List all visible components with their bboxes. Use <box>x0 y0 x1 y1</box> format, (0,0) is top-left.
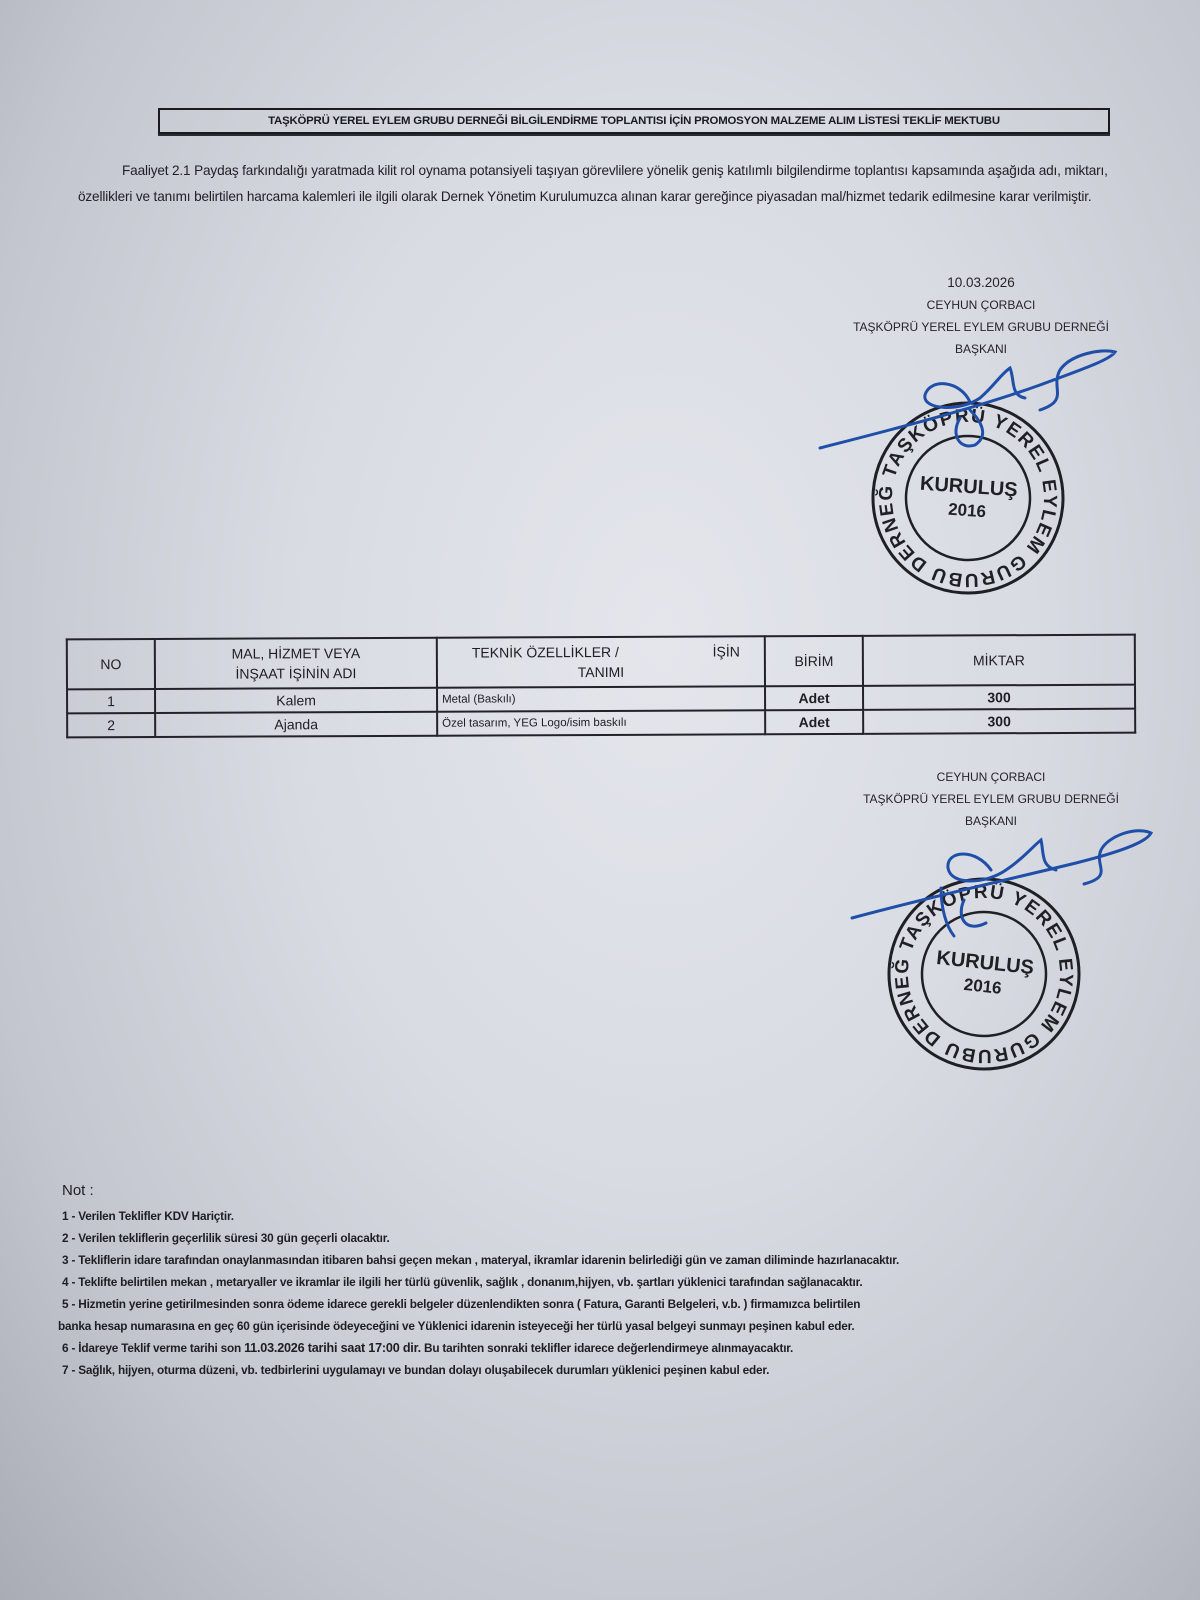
row-no: 1 <box>67 689 155 713</box>
row-spec: Metal (Baskılı) <box>437 686 765 711</box>
note-item: 5 - Hizmetin yerine getirilmesinden sonr… <box>62 1293 1162 1315</box>
signatory-name: CEYHUN ÇORBACI <box>846 294 1116 316</box>
note-item: 4 - Teklifte belirtilen mekan , metaryal… <box>62 1271 1162 1293</box>
row-unit: Adet <box>765 710 863 734</box>
header-name-line2: İNŞAAT İŞİNİN ADI <box>160 663 432 684</box>
table-header-row: NO MAL, HİZMET VEYA İNŞAAT İŞİNİN ADI TE… <box>67 635 1135 690</box>
note-item: 6 - İdareye Teklif verme tarihi son 11.0… <box>62 1337 1162 1359</box>
row-qty: 300 <box>863 709 1135 734</box>
header-no: NO <box>67 639 155 689</box>
table-row: 2 Ajanda Özel tasarım, YEG Logo/isim bas… <box>67 709 1135 738</box>
header-spec-line1a: TEKNİK ÖZELLİKLER / <box>472 642 619 663</box>
svg-text:KURULUŞ: KURULUŞ <box>919 473 1018 502</box>
signature-block-bottom: CEYHUN ÇORBACI TAŞKÖPRÜ YEREL EYLEM GRUB… <box>856 766 1126 832</box>
row-unit: Adet <box>765 686 863 710</box>
row-no: 2 <box>67 713 155 737</box>
note-item: 1 - Verilen Teklifler KDV Hariçtir. <box>62 1205 1162 1227</box>
svg-text:KURULUŞ: KURULUŞ <box>935 947 1035 979</box>
row-name: Kalem <box>155 688 437 713</box>
row-name: Ajanda <box>155 712 437 737</box>
header-spec-line2: TANIMI <box>442 661 760 682</box>
note-item-continuation: banka hesap numarasına en geç 60 gün içe… <box>58 1315 1162 1337</box>
document-title: TAŞKÖPRÜ YEREL EYLEM GRUBU DERNEĞİ BİLGİ… <box>158 108 1110 134</box>
note-item: 7 - Sağlık, hijyen, oturma düzeni, vb. t… <box>62 1359 1162 1381</box>
signatory-organization: TAŞKÖPRÜ YEREL EYLEM GRUBU DERNEĞİ <box>846 316 1116 338</box>
notes-heading: Not : <box>62 1182 1162 1199</box>
row-qty: 300 <box>863 685 1135 710</box>
header-spec: TEKNİK ÖZELLİKLER / İŞİN TANIMI <box>437 636 765 687</box>
header-qty: MİKTAR <box>863 635 1135 686</box>
note-item: 2 - Verilen tekliflerin geçerlilik süres… <box>62 1227 1162 1249</box>
association-stamp-icon: TAŞKÖPRÜ YEREL EYLEM GURUBU DERNEĞİ KURU… <box>861 391 1074 604</box>
svg-text:2016: 2016 <box>963 975 1003 998</box>
signature-block-top: 10.03.2026 CEYHUN ÇORBACI TAŞKÖPRÜ YEREL… <box>846 272 1116 360</box>
signatory-name: CEYHUN ÇORBACI <box>856 766 1126 788</box>
signatory-role: BAŞKANI <box>846 338 1116 360</box>
svg-text:2016: 2016 <box>948 500 987 522</box>
signatory-role: BAŞKANI <box>856 810 1126 832</box>
header-unit: BİRİM <box>765 636 863 686</box>
signatory-organization: TAŞKÖPRÜ YEREL EYLEM GRUBU DERNEĞİ <box>856 788 1126 810</box>
document-date: 10.03.2026 <box>846 272 1116 294</box>
items-table: NO MAL, HİZMET VEYA İNŞAAT İŞİNİN ADI TE… <box>66 634 1136 739</box>
association-stamp-icon: TAŞKÖPRÜ YEREL EYLEM GURUBU DERNEĞİ KURU… <box>874 864 1094 1084</box>
deadline-emphasis: 11.03.2026 tarihi saat 17:00 dir. <box>244 1341 421 1355</box>
row-spec: Özel tasarım, YEG Logo/isim baskılı <box>437 710 765 735</box>
header-spec-line1b: İŞİN <box>713 641 740 661</box>
intro-paragraph: Faaliyet 2.1 Paydaş farkındalığı yaratma… <box>78 158 1158 210</box>
notes-section: Not : 1 - Verilen Teklifler KDV Hariçtir… <box>62 1182 1162 1381</box>
header-name: MAL, HİZMET VEYA İNŞAAT İŞİNİN ADI <box>155 638 437 689</box>
note-item: 3 - Tekliflerin idare tarafından onaylan… <box>62 1249 1162 1271</box>
header-name-line1: MAL, HİZMET VEYA <box>160 643 432 664</box>
